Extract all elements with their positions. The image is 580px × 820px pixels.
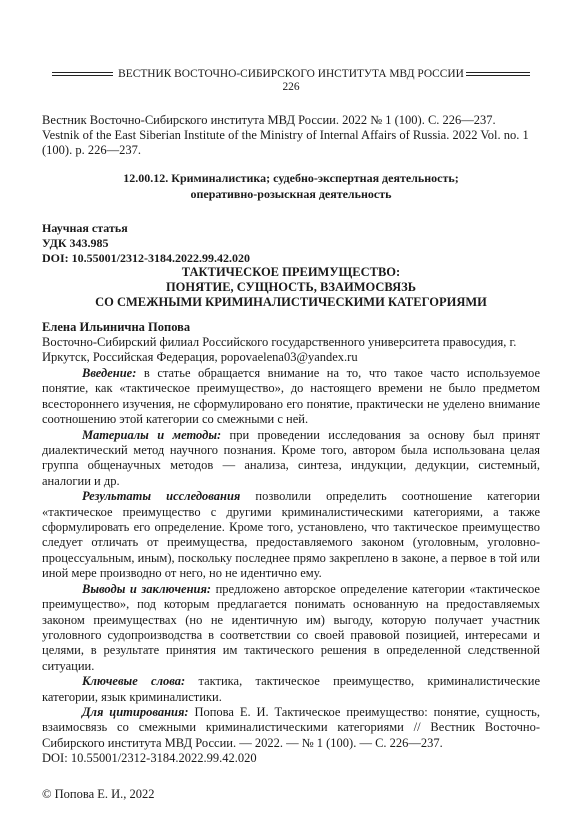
citation-ru: Вестник Восточно-Сибирского института МВ… xyxy=(42,113,540,128)
abstract-keywords: Ключевые слова: тактика, тактическое пре… xyxy=(42,674,540,705)
cite-as-label: Для цитирования: xyxy=(82,705,189,719)
title-line-2: ПОНЯТИЕ, СУЩНОСТЬ, ВЗАИМОСВЯЗЬ xyxy=(42,280,540,295)
header-double-rule-right xyxy=(466,72,530,76)
conclusions-label: Выводы и заключения: xyxy=(82,582,211,596)
udc-code: УДК 343.985 xyxy=(42,236,540,251)
author-affiliation: Восточно-Сибирский филиал Российского го… xyxy=(42,335,540,365)
article-type: Научная статья xyxy=(42,221,540,236)
cite-as-doi: DOI: 10.55001/2312-3184.2022.99.42.020 xyxy=(42,751,540,766)
methods-label: Материалы и методы: xyxy=(82,428,221,442)
specialty-line-1: 12.00.12. Криминалистика; судебно-экспер… xyxy=(42,171,540,187)
page-number: 226 xyxy=(42,80,540,94)
introduction-label: Введение: xyxy=(82,366,136,380)
doi: DOI: 10.55001/2312-3184.2022.99.42.020 xyxy=(42,251,540,266)
title-line-3: СО СМЕЖНЫМИ КРИМИНАЛИСТИЧЕСКИМИ КАТЕГОРИ… xyxy=(42,295,540,310)
title-line-1: ТАКТИЧЕСКОЕ ПРЕИМУЩЕСТВО: xyxy=(42,265,540,280)
results-label: Результаты исследования xyxy=(82,489,240,503)
abstract: Введение: в статье обращается внимание н… xyxy=(42,366,540,767)
abstract-cite-as: Для цитирования: Попова Е. И. Тактическо… xyxy=(42,705,540,751)
specialty-line-2: оперативно-розыскная деятельность xyxy=(42,187,540,203)
article-meta: Научная статья УДК 343.985 DOI: 10.55001… xyxy=(42,221,540,266)
article-title: ТАКТИЧЕСКОЕ ПРЕИМУЩЕСТВО: ПОНЯТИЕ, СУЩНО… xyxy=(42,265,540,311)
abstract-methods: Материалы и методы: при проведении иссле… xyxy=(42,428,540,490)
abstract-conclusions: Выводы и заключения: предложено авторско… xyxy=(42,582,540,674)
citation-en: Vestnik of the East Siberian Institute o… xyxy=(42,128,540,158)
journal-citation: Вестник Восточно-Сибирского института МВ… xyxy=(42,113,540,158)
specialty-heading: 12.00.12. Криминалистика; судебно-экспер… xyxy=(42,171,540,202)
author-name: Елена Ильинична Попова xyxy=(42,320,190,335)
abstract-results: Результаты исследования позволили опреде… xyxy=(42,489,540,581)
abstract-introduction: Введение: в статье обращается внимание н… xyxy=(42,366,540,428)
keywords-label: Ключевые слова: xyxy=(82,674,185,688)
copyright: © Попова Е. И., 2022 xyxy=(42,787,155,802)
